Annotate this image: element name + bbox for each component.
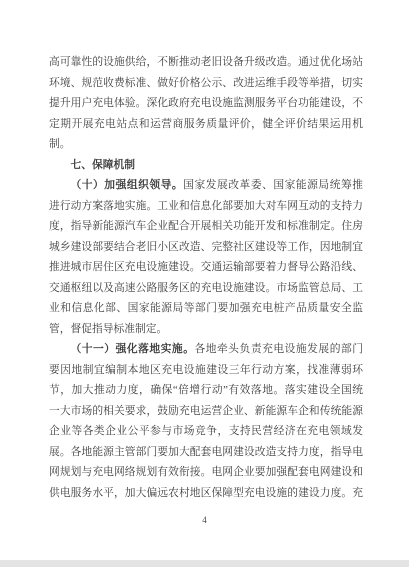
text-line: 城乡建设部要结合老旧小区改造、完整社区建设等工作，因地制宜 <box>49 237 363 258</box>
text-line: 网规划与充电网络规划有效衔接。电网企业要加强配套电网建设和 <box>49 462 363 483</box>
text-line: 要因地制宜编制本地区充电设施建设三年行动方案，找准薄弱环 <box>49 360 363 381</box>
text-line: 制。 <box>49 134 363 155</box>
section-heading: 七、保障机制 <box>49 155 363 176</box>
text-line: 推进城市居住区充电设施建设。交通运输部要着力督导公路沿线、 <box>49 257 363 278</box>
text-line: （十一）强化落地实施。各地牵头负责充电设施发展的部门 <box>49 339 363 360</box>
text-line: 定期开展充电站点和运营商服务质量评价，健全评价结果运用机 <box>49 114 363 135</box>
paragraph-bold-lead: （十一）强化落地实施。 <box>71 343 195 355</box>
text-line: 进行动方案落地实施。工业和信息化部要加大对车网互动的支持力 <box>49 196 363 217</box>
text-line: 管，督促指导标准制定。 <box>49 319 363 340</box>
text-line: 交通枢纽以及高速公路服务区的充电设施建设。市场监管总局、工 <box>49 278 363 299</box>
page-number: 4 <box>0 514 409 527</box>
text-line: 展。各地能源主管部门要加大配套电网建设改造支持力度，指导电 <box>49 442 363 463</box>
document-text-block: 高可靠性的设施供给，不断推动老旧设备升级改造。通过优化场站环境、规范收费标准、做… <box>49 52 363 503</box>
document-page: 高可靠性的设施供给，不断推动老旧设备升级改造。通过优化场站环境、规范收费标准、做… <box>0 0 409 567</box>
text-line: 业和信息化部、国家能源局等部门要加强充电桩产品质量安全监 <box>49 298 363 319</box>
text-line: （十）加强组织领导。国家发展改革委、国家能源局统筹推 <box>49 175 363 196</box>
page-bottom-edge <box>0 560 409 567</box>
text-line: 企业等各类企业公平参与市场竞争，支持民营经济在充电领域发 <box>49 421 363 442</box>
text-line: 高可靠性的设施供给，不断推动老旧设备升级改造。通过优化场站 <box>49 52 363 73</box>
text-line: 节，加大推动力度，确保“倍增行动”有效落地。落实建设全国统 <box>49 380 363 401</box>
text-line: 供电服务水平，加大偏远农村地区保障型充电设施的建设力度。充 <box>49 483 363 504</box>
paragraph-bold-lead: （十）加强组织领导。 <box>71 179 184 191</box>
text-line: 一大市场的相关要求，鼓励充电运营企业、新能源车企和传统能源 <box>49 401 363 422</box>
paragraph-text: 各地牵头负责充电设施发展的部门 <box>194 343 363 355</box>
text-line: 度，指导新能源汽车企业配合开展相关功能开发和标准制定。住房 <box>49 216 363 237</box>
paragraph-text: 国家发展改革委、国家能源局统筹推 <box>183 179 363 191</box>
text-line: 提升用户充电体验。深化政府充电设施监测服务平台功能建设，不 <box>49 93 363 114</box>
text-line: 环境、规范收费标准、做好价格公示、改进运维手段等举措，切实 <box>49 73 363 94</box>
